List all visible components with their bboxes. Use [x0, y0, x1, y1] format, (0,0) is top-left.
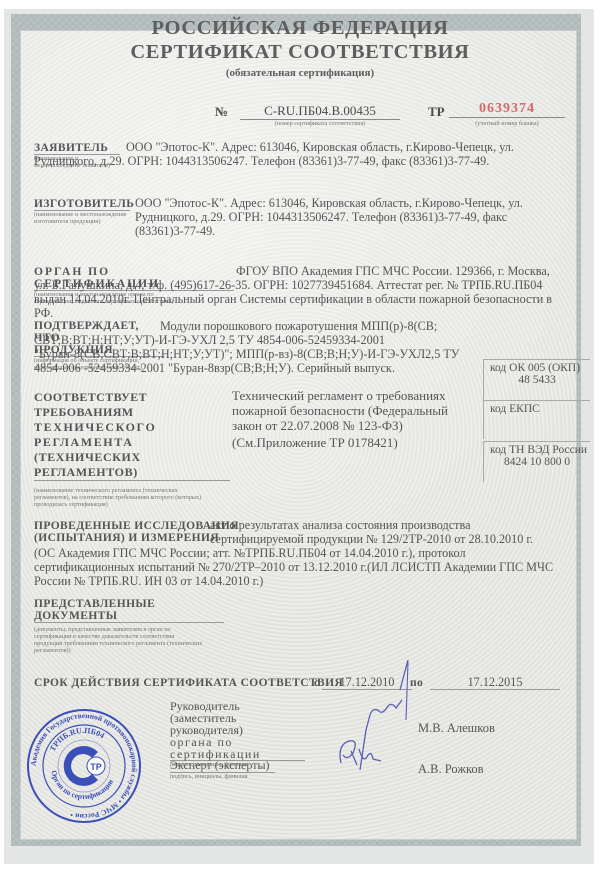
expert-caption: подпись, инициалы, фамилия — [170, 773, 275, 780]
compliance-label-2: ТЕХНИЧЕСКОГО РЕГЛАМЕНТА — [34, 420, 230, 450]
manufacturer-text: ООО "Эпотос-К". Адрес: 613046, Кировская… — [135, 196, 555, 238]
expert-signature-icon — [335, 735, 395, 770]
tests-line-1: акт о результатах анализа состояния прои… — [210, 518, 560, 532]
code-okp-value-shown: 48 5433 — [484, 374, 590, 386]
code-tnved-box: код ТН ВЭД России 8424 10 800 0 — [483, 441, 590, 482]
compliance-caption: (наименование технического регламента (т… — [34, 487, 209, 508]
head-title-2: (заместитель руководителя) — [170, 712, 305, 736]
manufacturer-label-block: ИЗГОТОВИТЕЛЬ (наименование и местонахожд… — [34, 198, 130, 225]
documents-block: ПРЕДСТАВЛЕННЫЕ ДОКУМЕНТЫ (документы, пре… — [34, 598, 224, 654]
tests-label-2: (ИСПЫТАНИЯ) И ИЗМЕРЕНИЯ — [34, 532, 239, 544]
applicant-text: ООО "Эпотос-К". Адрес: 613046, Кировская… — [34, 140, 554, 168]
code-ekps-box: код ЕКПС — [483, 400, 590, 439]
compliance-label-block: СООТВЕТСТВУЕТ ТРЕБОВАНИЯМ ТЕХНИЧЕСКОГО Р… — [34, 390, 230, 508]
code-tnved-label: код ТН ВЭД России — [484, 442, 590, 456]
validity-from-label: с — [314, 677, 320, 689]
product-text: Модули порошкового пожаротушения МПП(р)-… — [34, 319, 474, 375]
tests-line-2: сертифицируемой продукции № 129/2ТР-2010… — [210, 532, 560, 546]
head-signature-icon — [330, 660, 450, 790]
validity-label: СРОК ДЕЙСТВИЯ СЕРТИФИКАТА СООТВЕТСТВИЯ — [34, 677, 343, 689]
country-title: РОССИЙСКАЯ ФЕДЕРАЦИЯ — [0, 17, 600, 40]
compliance-label-3: (ТЕХНИЧЕСКИХ РЕГЛАМЕНТОВ) — [34, 450, 230, 481]
tests-label-block: ПРОВЕДЕННЫЕ ИССЛЕДОВАНИЯ (ИСПЫТАНИЯ) И И… — [34, 520, 239, 544]
compliance-appendix: (См.Приложение ТР 0178421) — [232, 436, 452, 450]
documents-caption: (документы, представленные заявителем в … — [34, 626, 204, 654]
certificate-number: C-RU.ПБ04.В.00435 — [240, 103, 400, 120]
tr-label: ТР — [428, 104, 445, 120]
expert-block: Эксперт (эксперты) подпись, инициалы, фа… — [170, 758, 275, 780]
compliance-text: Технический регламент о требованиях пожа… — [232, 388, 452, 433]
tests-label-1: ПРОВЕДЕННЫЕ ИССЛЕДОВАНИЯ — [34, 520, 239, 532]
manufacturer-label: ИЗГОТОВИТЕЛЬ — [34, 198, 130, 211]
documents-label: ПРЕДСТАВЛЕННЫЕ ДОКУМЕНТЫ — [34, 598, 224, 623]
code-ekps-label: код ЕКПС — [484, 401, 590, 415]
document-subtitle: (обязательная сертификация) — [0, 67, 600, 79]
blank-caption: (учетный номер бланка) — [449, 120, 565, 127]
number-caption: (номер сертификата соответствия) — [240, 120, 400, 127]
manufacturer-caption: (наименование и местонахождение изготови… — [34, 211, 130, 225]
code-okp-box: код ОК 005 (ОКП) 48 5433 — [483, 359, 590, 400]
number-label: № — [215, 104, 228, 120]
certification-body-text: ФГОУ ВПО Академия ГПС МЧС России. 129366… — [34, 264, 564, 320]
code-tnved-value: 8424 10 800 0 — [484, 456, 590, 468]
expert-label: Эксперт (эксперты) — [170, 758, 275, 773]
compliance-label-1: СООТВЕТСТВУЕТ ТРЕБОВАНИЯМ — [34, 390, 230, 420]
official-stamp-icon: Академия Государственной противопожарной… — [26, 708, 142, 824]
document-title: СЕРТИФИКАТ СООТВЕТСТВИЯ — [0, 41, 600, 64]
blank-number: 0639374 — [449, 101, 565, 118]
code-okp-label: код ОК 005 (ОКП) — [484, 360, 590, 374]
svg-text:Академия Государственной проти: Академия Государственной противопожарной… — [29, 711, 139, 821]
svg-text:ТР: ТР — [90, 762, 102, 772]
tests-details: (ОС Академия ГПС МЧС России; атт. №ТРПБ.… — [34, 546, 554, 588]
